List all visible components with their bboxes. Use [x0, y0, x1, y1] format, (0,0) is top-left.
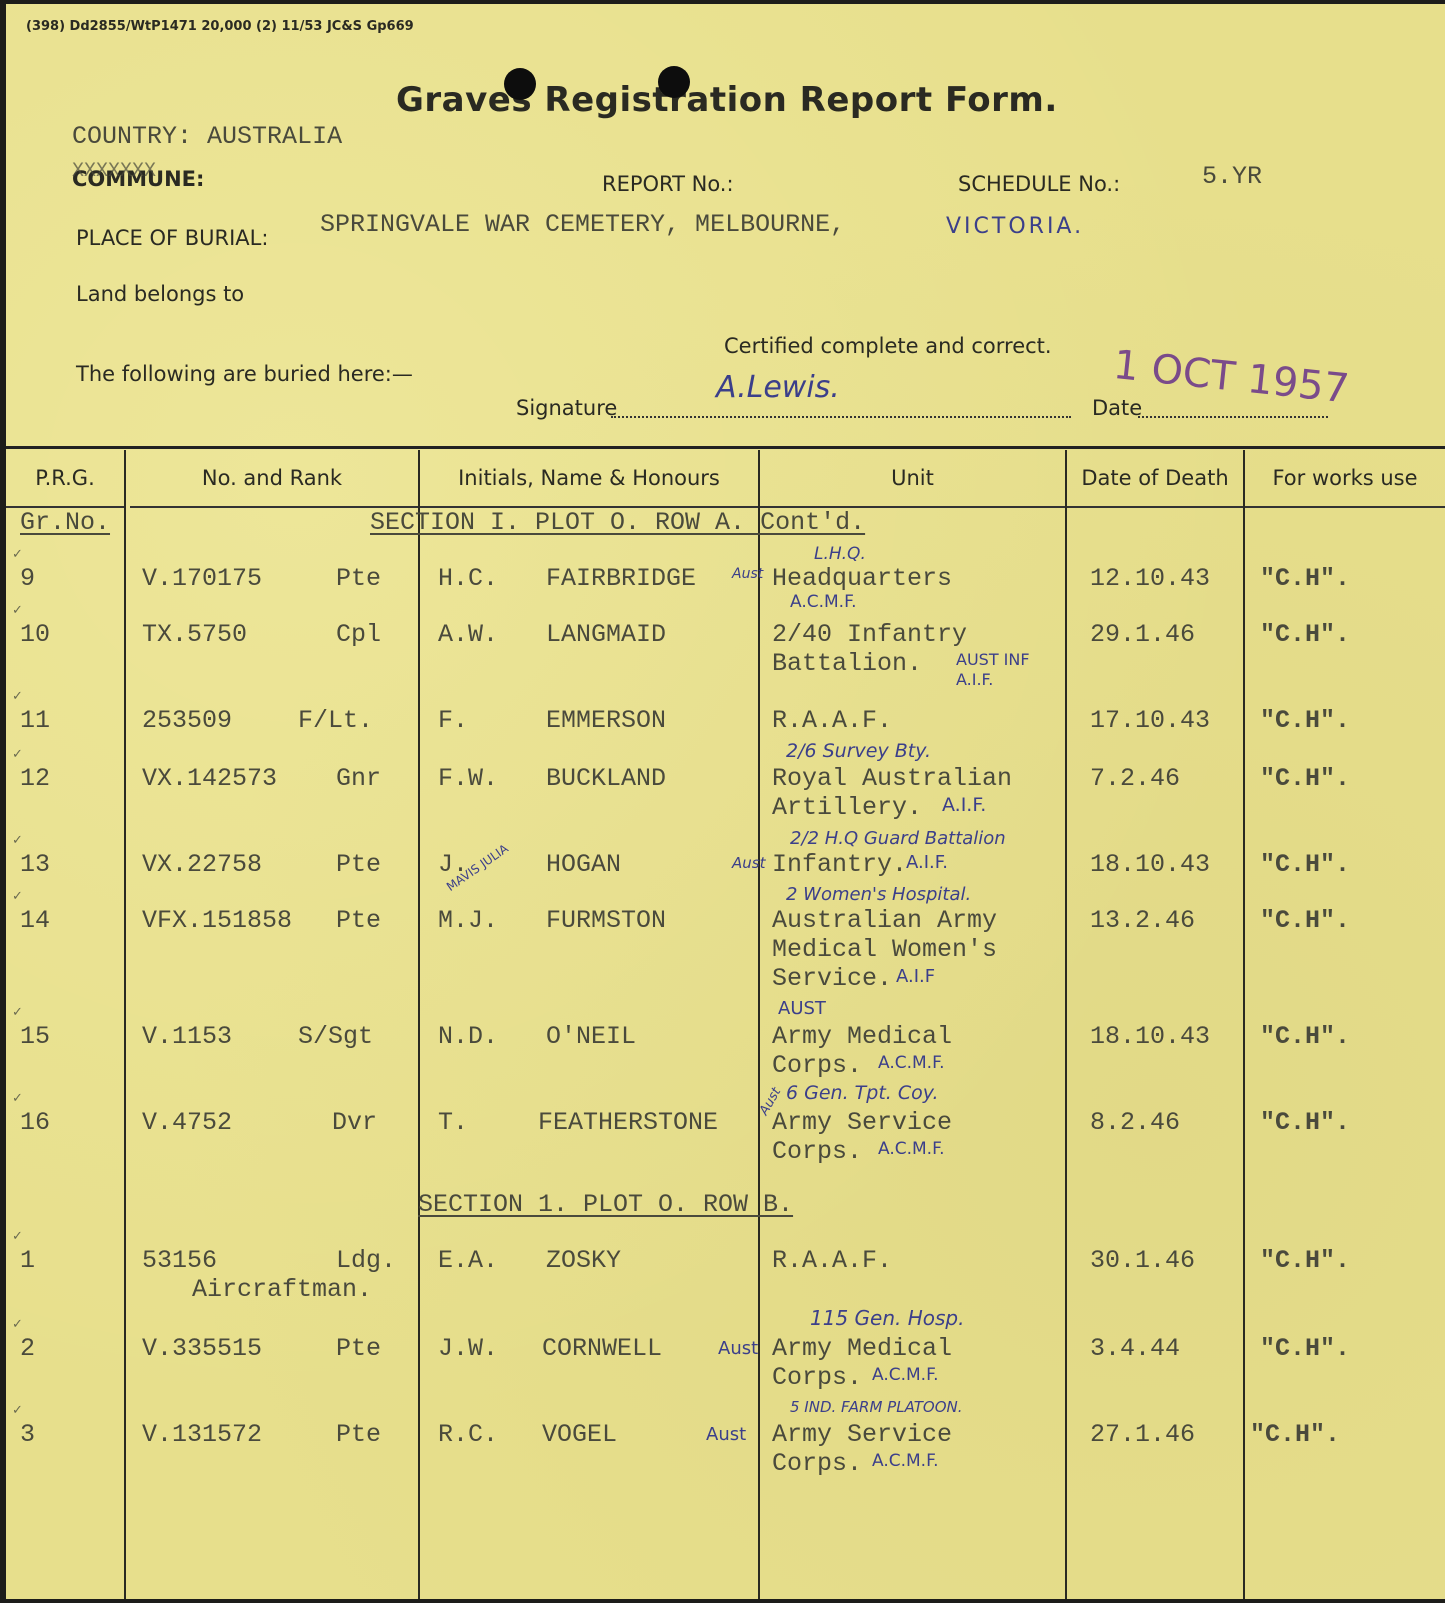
signature-label: Signature: [516, 396, 617, 420]
unit-line-2: Artillery.: [772, 793, 922, 822]
unit-line-1: Army Medical: [772, 1022, 952, 1051]
grave-number: 2: [20, 1334, 35, 1363]
initials: E.A.: [438, 1246, 498, 1275]
service-number: V.170175: [142, 564, 262, 593]
rank: Ldg.: [336, 1246, 396, 1275]
table-top-rule: [6, 446, 1445, 449]
unit-line-1: Infantry.: [772, 850, 907, 879]
grave-number: 15: [20, 1022, 50, 1051]
column-divider: [418, 450, 420, 1599]
check-mark-icon: ✓: [12, 888, 23, 904]
surname: O'NEIL: [546, 1022, 636, 1051]
service-number: V.1153: [142, 1022, 232, 1051]
works-use: "C.H".: [1260, 1246, 1350, 1275]
header-works-use: For works use: [1245, 466, 1445, 490]
check-mark-icon: ✓: [12, 1316, 23, 1332]
check-mark-icon: ✓: [12, 1090, 23, 1106]
service-number: V.335515: [142, 1334, 262, 1363]
surname: FEATHERSTONE: [538, 1108, 718, 1137]
unit-line-3: Service.: [772, 964, 892, 993]
service-number: V.131572: [142, 1420, 262, 1449]
service-number: V.4752: [142, 1108, 232, 1137]
works-use: "C.H".: [1260, 1108, 1350, 1137]
rank: Pte: [336, 850, 381, 879]
unit-line-2: Battalion.: [772, 649, 922, 678]
unit-note: 5 IND. FARM PLATOON.: [790, 1398, 963, 1416]
rank: Gnr: [336, 764, 381, 793]
date-of-death: 17.10.43: [1090, 706, 1210, 735]
nationality-note: Aust: [718, 1338, 758, 1359]
initials: F.W.: [438, 764, 498, 793]
service-number: 53156: [142, 1246, 217, 1275]
commune-overtype: XXXXXXX: [72, 160, 156, 183]
form-title: Graves Registration Report Form.: [396, 80, 1058, 120]
check-mark-icon: ✓: [12, 746, 23, 762]
grave-number: 12: [20, 764, 50, 793]
surname: FAIRBRIDGE: [546, 564, 696, 593]
unit-line-1: 2/40 Infantry: [772, 620, 967, 649]
initials: J.W.: [438, 1334, 498, 1363]
column-divider: [124, 450, 126, 1599]
place-of-burial-label: PLACE OF BURIAL:: [76, 226, 268, 250]
date-of-death: 3.4.44: [1090, 1334, 1180, 1363]
check-mark-icon: ✓: [12, 1004, 23, 1020]
header-prg: P.R.G.: [6, 466, 124, 490]
buried-here-label: The following are buried here:—: [76, 362, 413, 386]
date-of-death: 27.1.46: [1090, 1420, 1195, 1449]
date-stamp: 1 OCT 1957: [1111, 342, 1351, 412]
place-of-burial-typed: SPRINGVALE WAR CEMETERY, MELBOURNE,: [320, 210, 845, 239]
check-mark-icon: ✓: [12, 1228, 23, 1244]
punch-hole-icon: [658, 66, 690, 98]
check-mark-icon: ✓: [12, 602, 23, 618]
date-of-death: 29.1.46: [1090, 620, 1195, 649]
rank: Cpl: [336, 620, 381, 649]
initials: A.W.: [438, 620, 498, 649]
column-divider: [758, 450, 760, 1599]
punch-hole-icon: [504, 68, 536, 100]
report-form-sheet: (398) Dd2855/WtP1471 20,000 (2) 11/53 JC…: [6, 4, 1445, 1599]
unit-handwritten: A.I.F: [896, 966, 935, 987]
unit-handwritten: A.C.M.F.: [878, 1139, 945, 1159]
unit-handwritten: AUST INF A.I.F.: [956, 650, 1066, 690]
unit-note: 2/6 Survey Bty.: [786, 740, 931, 762]
check-mark-icon: ✓: [12, 688, 23, 704]
works-use: "C.H".: [1260, 564, 1350, 593]
unit-note: 2/2 H.Q Guard Battalion: [790, 828, 1006, 849]
country-field: COUNTRY: AUSTRALIA: [72, 122, 342, 151]
grave-number: 16: [20, 1108, 50, 1137]
works-use: "C.H".: [1260, 1022, 1350, 1051]
unit-line-1: Australian Army: [772, 906, 997, 935]
rank: S/Sgt: [298, 1022, 373, 1051]
section-heading-row-b: SECTION 1. PLOT O. ROW B.: [418, 1190, 793, 1219]
unit-line-1: Headquarters: [772, 564, 952, 593]
service-number: TX.5750: [142, 620, 247, 649]
date-of-death: 8.2.46: [1090, 1108, 1180, 1137]
country-label: COUNTRY:: [72, 122, 192, 151]
certified-label: Certified complete and correct.: [724, 334, 1052, 358]
works-use: "C.H".: [1260, 906, 1350, 935]
land-belongs-label: Land belongs to: [76, 282, 244, 306]
nationality-note: Aust: [732, 566, 763, 582]
service-number: 253509: [142, 706, 232, 735]
check-mark-icon: ✓: [12, 832, 23, 848]
unit-line-1: Army Medical: [772, 1334, 952, 1363]
unit-handwritten: A.C.M.F.: [790, 592, 857, 612]
unit-handwritten: A.I.F.: [906, 852, 948, 873]
works-use: "C.H".: [1260, 764, 1350, 793]
rank-line-2: Aircraftman.: [192, 1275, 372, 1304]
nationality-note: Aust: [732, 854, 765, 872]
header-unit: Unit: [760, 466, 1065, 490]
schedule-no-label: SCHEDULE No.:: [958, 172, 1120, 196]
print-code: (398) Dd2855/WtP1471 20,000 (2) 11/53 JC…: [26, 19, 414, 34]
signature-line: [611, 416, 1071, 418]
unit-line-2: Corps.: [772, 1363, 862, 1392]
unit-handwritten: A.I.F.: [942, 794, 986, 816]
unit-line-1: Royal Australian: [772, 764, 1012, 793]
section-heading-row-a: SECTION I. PLOT O. ROW A. Cont'd.: [370, 508, 865, 537]
date-label: Date: [1092, 396, 1142, 420]
initials: H.C.: [438, 564, 498, 593]
check-mark-icon: ✓: [12, 1402, 23, 1418]
unit-line-1: R.A.A.F.: [772, 1246, 892, 1275]
date-of-death: 12.10.43: [1090, 564, 1210, 593]
date-of-death: 7.2.46: [1090, 764, 1180, 793]
schedule-no-value: 5.YR: [1202, 162, 1262, 191]
surname: LANGMAID: [546, 620, 666, 649]
unit-line-2: Corps.: [772, 1449, 862, 1478]
grave-number: 9: [20, 564, 35, 593]
unit-note: AUST: [778, 998, 826, 1019]
header-date-of-death: Date of Death: [1067, 466, 1243, 490]
surname: HOGAN: [546, 850, 621, 879]
rank: Dvr: [332, 1108, 377, 1137]
date-of-death: 18.10.43: [1090, 850, 1210, 879]
grave-number: 14: [20, 906, 50, 935]
unit-line-1: Army Service: [772, 1420, 952, 1449]
initials: T.: [438, 1108, 468, 1137]
report-no-label: REPORT No.:: [602, 172, 734, 196]
works-use: "C.H".: [1260, 1334, 1350, 1363]
grave-number: 3: [20, 1420, 35, 1449]
header-no-rank: No. and Rank: [126, 466, 418, 490]
date-of-death: 30.1.46: [1090, 1246, 1195, 1275]
date-line: [1138, 416, 1328, 418]
grave-number: 10: [20, 620, 50, 649]
rank: F/Lt.: [298, 706, 373, 735]
unit-line-2: Corps.: [772, 1137, 862, 1166]
unit-note: 115 Gen. Hosp.: [810, 1306, 964, 1330]
unit-note: L.H.Q.: [814, 544, 866, 564]
grave-number: 1: [20, 1246, 35, 1275]
works-use: "C.H".: [1260, 706, 1350, 735]
surname: FURMSTON: [546, 906, 666, 935]
unit-line-2: Corps.: [772, 1051, 862, 1080]
initials: F.: [438, 706, 468, 735]
place-of-burial-handwritten: VICTORIA.: [946, 214, 1084, 239]
works-use: "C.H".: [1250, 1420, 1340, 1449]
surname: BUCKLAND: [546, 764, 666, 793]
rank: Pte: [336, 1420, 381, 1449]
service-number: VFX.151858: [142, 906, 292, 935]
country-value: AUSTRALIA: [207, 122, 342, 151]
check-mark-icon: ✓: [12, 546, 23, 562]
grave-number: 11: [20, 706, 50, 735]
works-use: "C.H".: [1260, 620, 1350, 649]
column-divider: [1065, 450, 1067, 1599]
date-of-death: 13.2.46: [1090, 906, 1195, 935]
unit-line-2: Medical Women's: [772, 935, 997, 964]
unit-line-1: Army Service: [772, 1108, 952, 1137]
surname: EMMERSON: [546, 706, 666, 735]
signature-value: A.Lewis.: [716, 370, 840, 405]
unit-handwritten: A.C.M.F.: [872, 1365, 939, 1385]
surname: CORNWELL: [542, 1334, 662, 1363]
unit-handwritten: A.C.M.F.: [878, 1053, 945, 1073]
unit-handwritten: A.C.M.F.: [872, 1451, 939, 1471]
header-name: Initials, Name & Honours: [420, 466, 758, 490]
grave-number: 13: [20, 850, 50, 879]
rank: Pte: [336, 564, 381, 593]
rank: Pte: [336, 1334, 381, 1363]
column-divider: [1243, 450, 1245, 1599]
unit-note: 2 Women's Hospital.: [786, 884, 971, 905]
nationality-note: Aust: [706, 1424, 746, 1445]
rank: Pte: [336, 906, 381, 935]
unit-note: 6 Gen. Tpt. Coy.: [786, 1082, 939, 1104]
service-number: VX.142573: [142, 764, 277, 793]
initials: M.J.: [438, 906, 498, 935]
service-number: VX.22758: [142, 850, 262, 879]
date-of-death: 18.10.43: [1090, 1022, 1210, 1051]
initials: R.C.: [438, 1420, 498, 1449]
works-use: "C.H".: [1260, 850, 1350, 879]
unit-line-1: R.A.A.F.: [772, 706, 892, 735]
surname: VOGEL: [542, 1420, 617, 1449]
gr-no-label: Gr.No.: [20, 508, 110, 537]
initials: N.D.: [438, 1022, 498, 1051]
surname: ZOSKY: [546, 1246, 621, 1275]
